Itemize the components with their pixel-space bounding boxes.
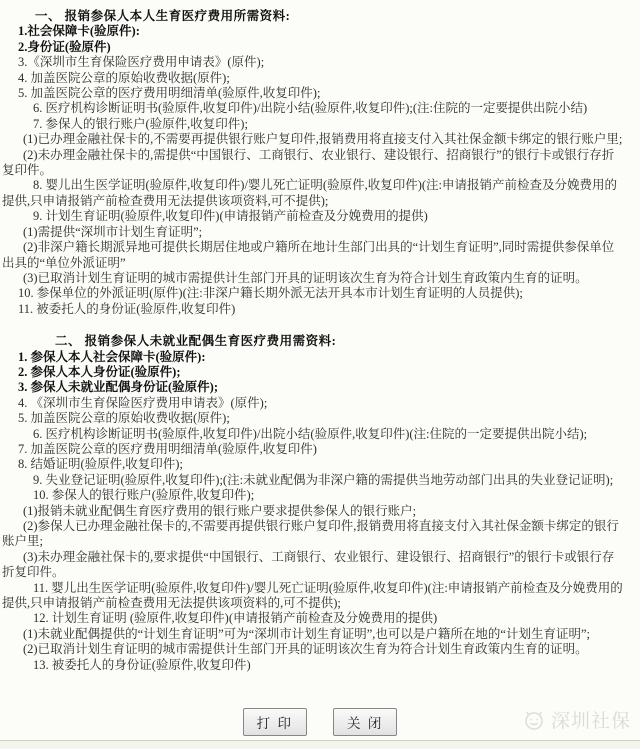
requirement-line: (1)未就业配偶提供的“计划生育证明”可为“深圳市计划生育证明”,也可以是户籍所… [2, 627, 626, 642]
requirement-line: 11. 被委托人的身份证(验原件,收复印件) [2, 302, 626, 317]
requirement-line: 10. 参保单位的外派证明(原件)(注:非深户籍长期外派无法开具本市计划生育证明… [2, 286, 626, 301]
requirement-line: 13. 被委托人的身份证(验原件,收复印件) [2, 658, 626, 673]
requirement-line: 6. 医疗机构诊断证明书(验原件,收复印件)/出院小结(验原件,收复印件);(注… [2, 101, 626, 116]
requirement-line: 2.身份证(验原件) [2, 40, 626, 55]
requirement-line: 10. 参保人的银行账户(验原件,收复印件); [2, 488, 626, 503]
requirement-line: (1)需提供“深圳市计划生育证明”; [2, 225, 626, 240]
requirement-line: 7. 参保人的银行账户(验原件,收复印件); [2, 117, 626, 132]
requirement-line: (1)已办理金融社保卡的,不需要再提供银行账户复印件,报销费用将直接支付入其社保… [2, 132, 626, 147]
section2-heading: 二、 报销参保人未就业配偶生育医疗费用需资料: [2, 334, 626, 349]
requirement-line: 8. 婴儿出生医学证明(验原件,收复印件)/婴儿死亡证明(验原件,收复印件)(注… [2, 178, 626, 209]
requirement-line: 9. 计划生育证明(验原件,收复印件)(申请报销产前检查及分娩费用的提供) [2, 209, 626, 224]
requirement-line: 12. 计划生育证明 (验原件,收复印件)(申请报销产前检查及分娩费用的提供) [2, 611, 626, 626]
requirement-line: 3. 参保人未就业配偶身份证(验原件); [2, 380, 626, 395]
requirement-line: 9. 失业登记证明(验原件,收复印件);(注:未就业配偶为非深户籍的需提供当地劳… [2, 473, 626, 488]
requirement-line: 6. 医疗机构诊断证明书(验原件,收复印件)/出院小结(验原件,收复印件)(注:… [2, 427, 626, 442]
close-button[interactable]: 关 闭 [333, 708, 397, 736]
requirement-line: 7. 加盖医院公章的医疗费用明细清单(验原件,收复印件) [2, 442, 626, 457]
section1-heading: 一、 报销参保人本人生育医疗费用所需资料: [2, 9, 626, 24]
requirement-line: (2)未办理金融社保卡的,需提供“中国银行、工商银行、农业银行、建设银行、招商银… [2, 148, 626, 179]
requirement-line: 1. 参保人本人社会保障卡(验原件): [2, 350, 626, 365]
requirement-line: 11. 婴儿出生医学证明(验原件,收复印件)/婴儿死亡证明(验原件,收复印件)(… [2, 581, 626, 612]
print-button[interactable]: 打 印 [243, 708, 307, 736]
requirement-line: 5. 加盖医院公章的原始收费收据(原件); [2, 411, 626, 426]
requirement-line: (2)已取消计划生育证明的城市需提供计生部门开具的证明该次生育为符合计划生育政策… [2, 642, 626, 657]
requirement-line: (1)报销未就业配偶生育医疗费用的银行账户要求提供参保人的银行账户; [2, 504, 626, 519]
requirement-line: 2. 参保人本人身份证(验原件); [2, 365, 626, 380]
section2-requirements-list: 1. 参保人本人社会保障卡(验原件): 2. 参保人本人身份证(验原件); 3.… [2, 350, 626, 674]
requirement-line: 1.社会保障卡(验原件): [2, 24, 626, 39]
requirement-line: 3.《深圳市生育保险医疗费用申请表》(原件); [2, 55, 626, 70]
requirement-line: 8. 结婚证明(验原件,收复印件); [2, 457, 626, 472]
requirement-line: (2)非深户籍长期派异地可提供长期居住地或户籍所在地计生部门出具的“计划生育证明… [2, 240, 626, 271]
requirement-line: (2)参保人已办理金融社保卡的,不需要再提供银行账户复印件,报销费用将直接支付入… [2, 519, 626, 550]
requirement-line: 5. 加盖医院公章的医疗费用明细清单(验原件,收复印件); [2, 86, 626, 101]
requirement-line: (3)未办理金融社保卡的,要求提供“中国银行、工商银行、农业银行、建设银行、招商… [2, 550, 626, 581]
requirement-line: (3)已取消计划生育证明的城市需提供计生部门开具的证明该次生育为符合计划生育政策… [2, 271, 626, 286]
document-page: 一、 报销参保人本人生育医疗费用所需资料: 1.社会保障卡(验原件): 2.身份… [0, 0, 640, 673]
bottom-divider [0, 740, 640, 749]
action-button-row: 打 印 关 闭 [0, 708, 640, 736]
requirement-line: 4. 加盖医院公章的原始收费收据(原件); [2, 71, 626, 86]
requirement-line: 4. 《深圳市生育保险医疗费用申请表》(原件); [2, 396, 626, 411]
section1-requirements-list: 1.社会保障卡(验原件): 2.身份证(验原件) 3.《深圳市生育保险医疗费用申… [2, 24, 626, 317]
